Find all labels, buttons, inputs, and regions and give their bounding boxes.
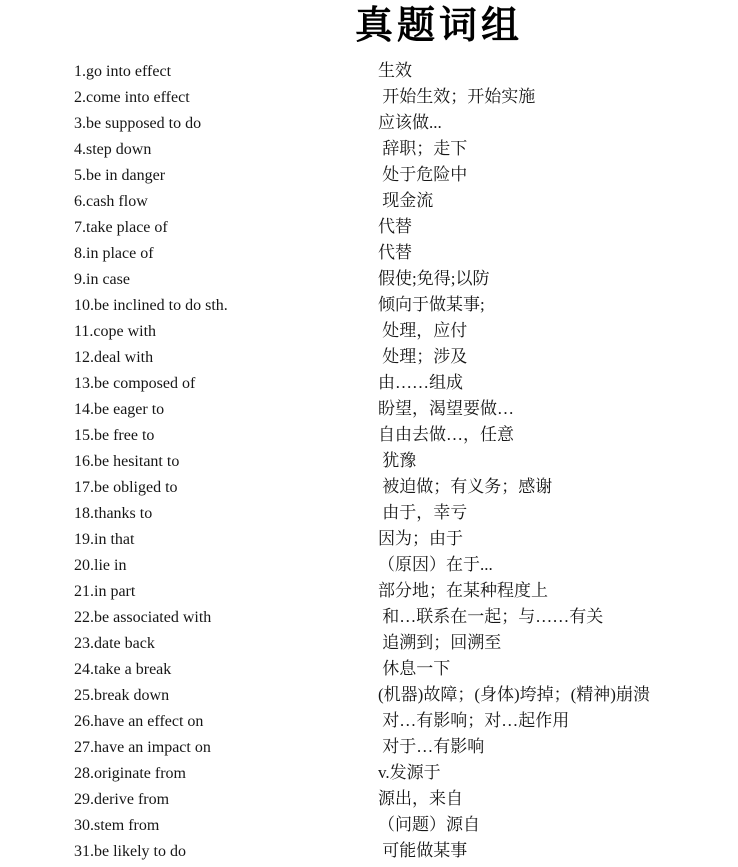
- phrase-row: 29.derive from 源出，来自: [74, 786, 714, 812]
- phrase-chinese: 对…有影响；对…起作用: [378, 708, 569, 734]
- phrase-chinese: （原因）在于...: [378, 552, 493, 578]
- phrase-row: 20.lie in （原因）在于...: [74, 552, 714, 578]
- phrase-chinese: 辞职；走下: [378, 136, 467, 162]
- phrase-row: 11.cope with 处理，应付: [74, 318, 714, 344]
- phrase-english: 14.be eager to: [74, 397, 378, 423]
- phrase-english: 8.in place of: [74, 241, 378, 267]
- phrase-row: 7.take place of 代替: [74, 214, 714, 240]
- page-title: 真题词组: [0, 4, 738, 48]
- phrase-row: 28.originate from v.发源于: [74, 760, 714, 786]
- phrase-chinese: 和…联系在一起；与……有关: [378, 604, 603, 630]
- phrase-english: 31.be likely to do: [74, 839, 378, 865]
- phrase-english: 26.have an effect on: [74, 709, 378, 735]
- phrase-english: 13.be composed of: [74, 371, 378, 397]
- phrase-chinese: 现金流: [378, 188, 433, 214]
- phrase-row: 16.be hesitant to 犹豫: [74, 448, 714, 474]
- phrase-chinese: 生效: [378, 58, 412, 84]
- phrase-english: 30.stem from: [74, 813, 378, 839]
- phrase-row: 6.cash flow 现金流: [74, 188, 714, 214]
- phrase-english: 6.cash flow: [74, 189, 378, 215]
- phrase-row: 31.be likely to do 可能做某事: [74, 838, 714, 864]
- phrase-english: 19.in that: [74, 527, 378, 553]
- phrase-english: 18.thanks to: [74, 501, 378, 527]
- phrase-row: 15.be free to 自由去做…，任意: [74, 422, 714, 448]
- phrase-chinese: 源出，来自: [378, 786, 463, 812]
- phrase-english: 15.be free to: [74, 423, 378, 449]
- phrase-row: 2.come into effect 开始生效；开始实施: [74, 84, 714, 110]
- phrase-row: 12.deal with 处理；涉及: [74, 344, 714, 370]
- phrase-row: 3.be supposed to do 应该做...: [74, 110, 714, 136]
- phrase-chinese: 开始生效；开始实施: [378, 84, 535, 110]
- phrase-english: 4.step down: [74, 137, 378, 163]
- phrase-chinese: 代替: [378, 214, 412, 240]
- phrase-chinese: 倾向于做某事;: [378, 292, 485, 318]
- phrase-english: 28.originate from: [74, 761, 378, 787]
- phrase-row: 23.date back 追溯到；回溯至: [74, 630, 714, 656]
- phrase-chinese: 处理；涉及: [378, 344, 467, 370]
- phrase-chinese: 对于…有影响: [378, 734, 484, 760]
- phrase-chinese: 自由去做…，任意: [378, 422, 514, 448]
- phrase-row: 22.be associated with 和…联系在一起；与……有关: [74, 604, 714, 630]
- phrase-chinese: 盼望，渴望要做…: [378, 396, 514, 422]
- phrase-row: 10.be inclined to do sth. 倾向于做某事;: [74, 292, 714, 318]
- phrase-chinese: 被迫做；有义务；感谢: [378, 474, 552, 500]
- phrase-english: 17.be obliged to: [74, 475, 378, 501]
- phrase-row: 1.go into effect 生效: [74, 58, 714, 84]
- phrase-chinese: （问题）源自: [378, 812, 480, 838]
- phrase-row: 26.have an effect on 对…有影响；对…起作用: [74, 708, 714, 734]
- phrase-row: 18.thanks to 由于，幸亏: [74, 500, 714, 526]
- phrase-row: 4.step down 辞职；走下: [74, 136, 714, 162]
- phrase-english: 10.be inclined to do sth.: [74, 293, 378, 319]
- phrase-row: 5.be in danger 处于危险中: [74, 162, 714, 188]
- phrase-row: 24.take a break 休息一下: [74, 656, 714, 682]
- phrase-english: 27.have an impact on: [74, 735, 378, 761]
- phrase-chinese: 假使;免得;以防: [378, 266, 489, 292]
- phrase-english: 9.in case: [74, 267, 378, 293]
- phrase-row: 19.in that 因为；由于: [74, 526, 714, 552]
- phrase-english: 16.be hesitant to: [74, 449, 378, 475]
- phrase-chinese: 因为；由于: [378, 526, 463, 552]
- phrase-english: 23.date back: [74, 631, 378, 657]
- phrase-chinese: 追溯到；回溯至: [378, 630, 501, 656]
- phrase-row: 14.be eager to 盼望，渴望要做…: [74, 396, 714, 422]
- phrase-english: 3.be supposed to do: [74, 111, 378, 137]
- phrase-english: 20.lie in: [74, 553, 378, 579]
- document-page: 真题词组 1.go into effect 生效 2.come into eff…: [0, 0, 738, 867]
- phrase-english: 1.go into effect: [74, 59, 378, 85]
- phrase-english: 29.derive from: [74, 787, 378, 813]
- phrase-english: 12.deal with: [74, 345, 378, 371]
- phrase-chinese: 应该做...: [378, 110, 442, 136]
- phrase-row: 8.in place of 代替: [74, 240, 714, 266]
- phrase-chinese: 处理，应付: [378, 318, 467, 344]
- phrase-chinese: 可能做某事: [378, 838, 467, 864]
- phrase-row: 9.in case 假使;免得;以防: [74, 266, 714, 292]
- phrase-english: 7.take place of: [74, 215, 378, 241]
- phrase-list: 1.go into effect 生效 2.come into effect 开…: [74, 58, 714, 864]
- phrase-english: 11.cope with: [74, 319, 378, 345]
- phrase-row: 30.stem from （问题）源自: [74, 812, 714, 838]
- phrase-chinese: 由……组成: [378, 370, 463, 396]
- phrase-chinese: (机器)故障；(身体)垮掉；(精神)崩溃: [378, 682, 650, 708]
- phrase-chinese: 由于，幸亏: [378, 500, 467, 526]
- phrase-english: 21.in part: [74, 579, 378, 605]
- phrase-english: 22.be associated with: [74, 605, 378, 631]
- phrase-chinese: 休息一下: [378, 656, 450, 682]
- phrase-row: 27.have an impact on 对于…有影响: [74, 734, 714, 760]
- phrase-chinese: 部分地；在某种程度上: [378, 578, 548, 604]
- phrase-row: 13.be composed of 由……组成: [74, 370, 714, 396]
- phrase-english: 24.take a break: [74, 657, 378, 683]
- phrase-english: 25.break down: [74, 683, 378, 709]
- phrase-english: 5.be in danger: [74, 163, 378, 189]
- phrase-row: 17.be obliged to 被迫做；有义务；感谢: [74, 474, 714, 500]
- phrase-chinese: 处于危险中: [378, 162, 467, 188]
- phrase-chinese: v.发源于: [378, 760, 441, 786]
- phrase-row: 25.break down (机器)故障；(身体)垮掉；(精神)崩溃: [74, 682, 714, 708]
- phrase-chinese: 代替: [378, 240, 412, 266]
- phrase-chinese: 犹豫: [378, 448, 416, 474]
- phrase-english: 2.come into effect: [74, 85, 378, 111]
- phrase-row: 21.in part 部分地；在某种程度上: [74, 578, 714, 604]
